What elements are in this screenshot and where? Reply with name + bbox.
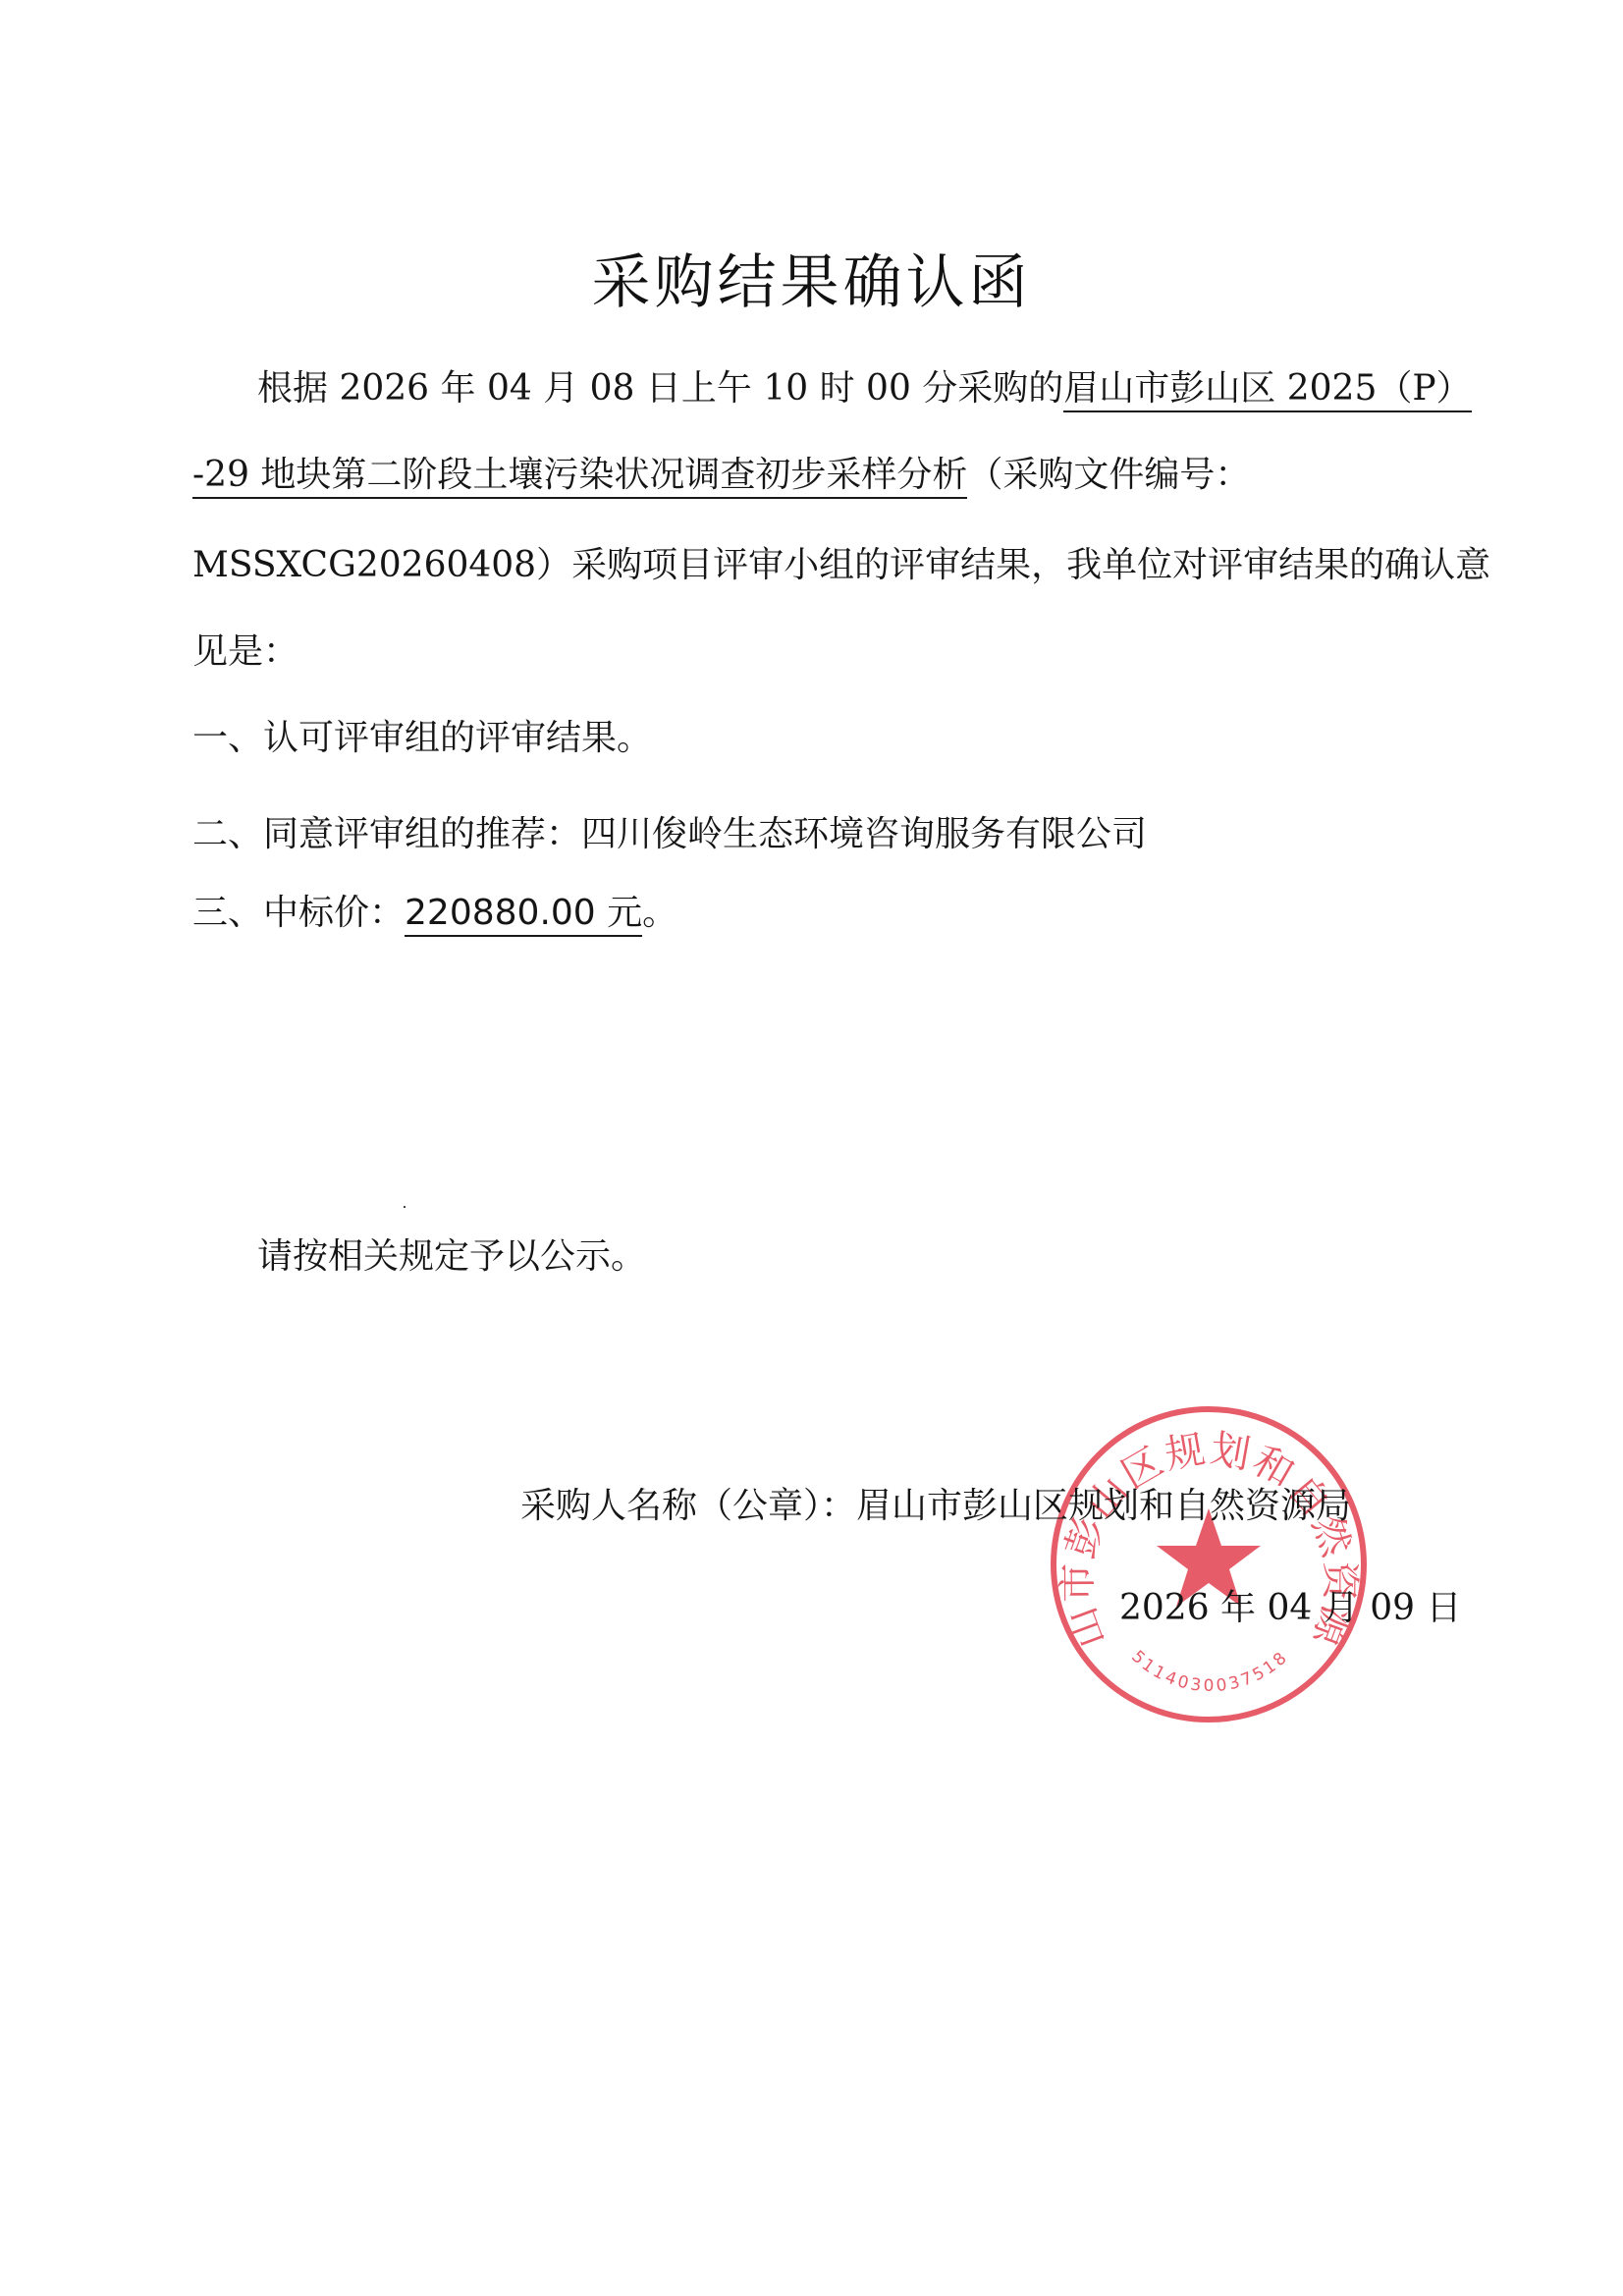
item-2: 二、同意评审组的推荐：四川俊岭生态环境咨询服务有限公司 — [192, 811, 1147, 858]
item-marker: 三、 — [192, 893, 263, 933]
item-marker: 一、 — [192, 718, 263, 758]
item-text: 认可评审组的评审结果。 — [263, 718, 652, 758]
official-seal-icon: 眉山市彭山区规划和自然资源局 5114030037518 — [1047, 1402, 1371, 1726]
item-label: 同意评审组的推荐： — [263, 814, 581, 854]
paragraph-line-1: 根据 2026 年 04 月 08 日上午 10 时 00 分采购的眉山市彭山区… — [257, 365, 1472, 412]
project-name-part-2: -29 地块第二阶段土壤污染状况调查初步采样分析 — [192, 455, 967, 499]
project-name-part-1: 眉山市彭山区 2025（P） — [1063, 368, 1471, 412]
signature-line: 采购人名称（公章）：眉山市彭山区规划和自然资源局 — [520, 1483, 1351, 1530]
recommended-supplier: 四川俊岭生态环境咨询服务有限公司 — [581, 814, 1147, 854]
paragraph-line-3: MSSXCG20260408）采购项目评审小组的评审结果，我单位对评审结果的确认… — [192, 542, 1490, 589]
item-3: 三、中标价：220880.00 元。 — [192, 890, 677, 937]
file-number-label: （采购文件编号： — [967, 455, 1250, 495]
purchaser-label: 采购人名称（公章）： — [520, 1486, 856, 1526]
item-label: 中标价： — [263, 893, 405, 933]
paragraph-end: 见是： — [192, 631, 298, 672]
item-1: 一、认可评审组的评审结果。 — [192, 715, 652, 762]
publication-request: 请按相关规定予以公示。 — [257, 1233, 646, 1281]
item-suffix: 。 — [642, 893, 677, 933]
signature-date: 2026 年 04 月 09 日 — [1119, 1585, 1461, 1632]
paragraph-line-4: 见是： — [192, 629, 298, 676]
document-page: 采购结果确认函 根据 2026 年 04 月 08 日上午 10 时 00 分采… — [0, 0, 1623, 2296]
request-text: 请按相关规定予以公示。 — [257, 1236, 646, 1277]
svg-text:5114030037518: 5114030037518 — [1127, 1647, 1292, 1696]
file-number-and-text: MSSXCG20260408）采购项目评审小组的评审结果，我单位对评审结果的确认… — [192, 545, 1490, 585]
paragraph-prefix: 根据 2026 年 04 月 08 日上午 10 时 00 分采购的 — [257, 368, 1063, 409]
paragraph-line-2: -29 地块第二阶段土壤污染状况调查初步采样分析（采购文件编号： — [192, 452, 1250, 499]
document-title: 采购结果确认函 — [0, 244, 1623, 322]
winning-bid-price: 220880.00 元 — [405, 893, 642, 937]
item-marker: 二、 — [192, 814, 263, 854]
scan-speck — [404, 1206, 406, 1208]
date-text: 2026 年 04 月 09 日 — [1119, 1588, 1461, 1628]
purchaser-name: 眉山市彭山区规划和自然资源局 — [856, 1486, 1351, 1526]
